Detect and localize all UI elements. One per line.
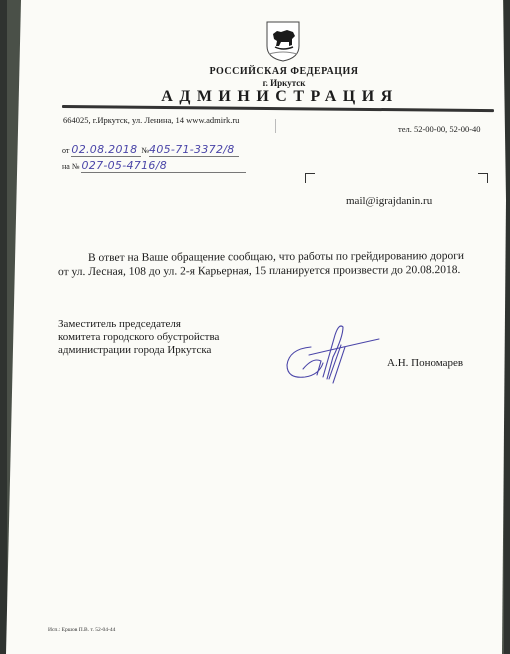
letter-body: В ответ на Ваше обращение сообщаю, что р… (58, 249, 498, 279)
scan-border-right (504, 0, 510, 654)
irkutsk-coat-of-arms-icon (265, 20, 301, 62)
outgoing-date: 02.08.2018 (71, 143, 141, 157)
address-corner-mark (305, 173, 315, 183)
handwritten-signature-icon (283, 317, 383, 387)
city-name: г. Иркутск (200, 78, 368, 88)
executor-note: Исп.: Ершов П.В. т. 52-04-44 (48, 627, 115, 633)
ref-label: на № (62, 162, 79, 171)
header-rule (62, 105, 494, 112)
position-line: администрации города Иркутска (58, 344, 219, 357)
phone-numbers: тел. 52-00-00, 52-00-40 (398, 124, 481, 134)
position-line: комитета городского обустройства (58, 331, 219, 344)
scan-border-left (0, 0, 7, 654)
outgoing-registration: от 02.08.2018№405-71-3372/8 (62, 143, 239, 157)
outgoing-number: 405-71-3372/8 (149, 143, 239, 157)
incoming-reference: на № 027-05-4716/8 (62, 159, 246, 173)
from-label: от (62, 146, 69, 155)
reference-number: 027-05-4716/8 (81, 159, 246, 173)
postal-address: 664025, г.Иркутск, ул. Ленина, 14 www.ad… (63, 115, 239, 125)
letter-page: РОССИЙСКАЯ ФЕДЕРАЦИЯ г. Иркутск АДМИНИСТ… (0, 0, 510, 654)
position-line: Заместитель председателя (58, 318, 219, 331)
signer-position: Заместитель председателя комитета городс… (58, 318, 219, 357)
address-corner-mark (478, 173, 488, 183)
header-divider (275, 119, 276, 133)
organization-title: АДМИНИСТРАЦИЯ (160, 88, 400, 106)
signer-name: А.Н. Пономарев (387, 357, 463, 369)
country-name: РОССИЙСКАЯ ФЕДЕРАЦИЯ (200, 66, 368, 77)
number-label: № (141, 146, 149, 155)
body-line-2: от ул. Лесная, 108 до ул. 2-я Карьерная,… (58, 263, 498, 279)
recipient-email: mail@igrajdanin.ru (346, 195, 432, 207)
